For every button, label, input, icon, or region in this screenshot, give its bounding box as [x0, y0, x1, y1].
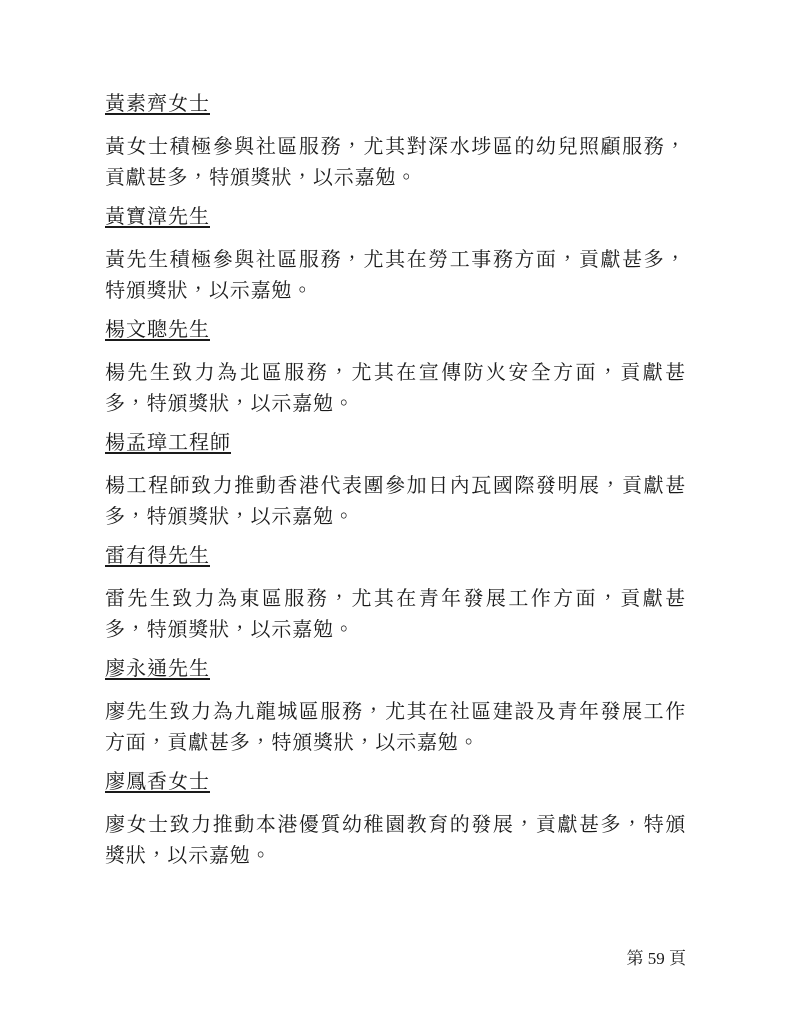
recipient-name: 廖永通先生	[105, 658, 210, 680]
award-entry: 黃寶漳先生 黃先生積極參與社區服務，尤其在勞工事務方面，貢獻甚多，特頒獎狀，以示…	[105, 202, 686, 307]
recipient-name-heading: 楊文聰先生	[105, 315, 686, 346]
page-number: 第 59 頁	[627, 948, 687, 970]
citation-text: 廖女士致力推動本港優質幼稚園教育的發展，貢獻甚多，特頒獎狀，以示嘉勉。	[105, 810, 686, 872]
award-entry: 楊文聰先生 楊先生致力為北區服務，尤其在宣傳防火安全方面，貢獻甚多，特頒獎狀，以…	[105, 315, 686, 420]
citation-text: 楊工程師致力推動香港代表團參加日內瓦國際發明展，貢獻甚多，特頒獎狀，以示嘉勉。	[105, 471, 686, 533]
document-page: 黃素齊女士 黃女士積極參與社區服務，尤其對深水埗區的幼兒照顧服務，貢獻甚多，特頒…	[0, 0, 791, 1024]
recipient-name-heading: 廖永通先生	[105, 654, 686, 685]
award-entry: 黃素齊女士 黃女士積極參與社區服務，尤其對深水埗區的幼兒照顧服務，貢獻甚多，特頒…	[105, 89, 686, 194]
recipient-name: 黃寶漳先生	[105, 206, 210, 228]
citation-text: 楊先生致力為北區服務，尤其在宣傳防火安全方面，貢獻甚多，特頒獎狀，以示嘉勉。	[105, 358, 686, 420]
recipient-name-heading: 黃寶漳先生	[105, 202, 686, 233]
citation-text: 黃女士積極參與社區服務，尤其對深水埗區的幼兒照顧服務，貢獻甚多，特頒獎狀，以示嘉…	[105, 132, 686, 194]
recipient-name-heading: 楊孟璋工程師	[105, 428, 686, 459]
recipient-name: 廖鳳香女士	[105, 771, 210, 793]
award-entry: 廖永通先生 廖先生致力為九龍城區服務，尤其在社區建設及青年發展工作方面，貢獻甚多…	[105, 654, 686, 759]
citation-text: 廖先生致力為九龍城區服務，尤其在社區建設及青年發展工作方面，貢獻甚多，特頒獎狀，…	[105, 697, 686, 759]
award-entry: 雷有得先生 雷先生致力為東區服務，尤其在青年發展工作方面，貢獻甚多，特頒獎狀，以…	[105, 541, 686, 646]
recipient-name-heading: 黃素齊女士	[105, 89, 686, 120]
recipient-name: 楊孟璋工程師	[105, 432, 231, 454]
citation-text: 雷先生致力為東區服務，尤其在青年發展工作方面，貢獻甚多，特頒獎狀，以示嘉勉。	[105, 584, 686, 646]
award-entry: 楊孟璋工程師 楊工程師致力推動香港代表團參加日內瓦國際發明展，貢獻甚多，特頒獎狀…	[105, 428, 686, 533]
recipient-name: 黃素齊女士	[105, 93, 210, 115]
recipient-name: 雷有得先生	[105, 545, 210, 567]
recipient-name: 楊文聰先生	[105, 319, 210, 341]
citation-text: 黃先生積極參與社區服務，尤其在勞工事務方面，貢獻甚多，特頒獎狀，以示嘉勉。	[105, 245, 686, 307]
award-entry: 廖鳳香女士 廖女士致力推動本港優質幼稚園教育的發展，貢獻甚多，特頒獎狀，以示嘉勉…	[105, 767, 686, 872]
recipient-name-heading: 廖鳳香女士	[105, 767, 686, 798]
recipient-name-heading: 雷有得先生	[105, 541, 686, 572]
